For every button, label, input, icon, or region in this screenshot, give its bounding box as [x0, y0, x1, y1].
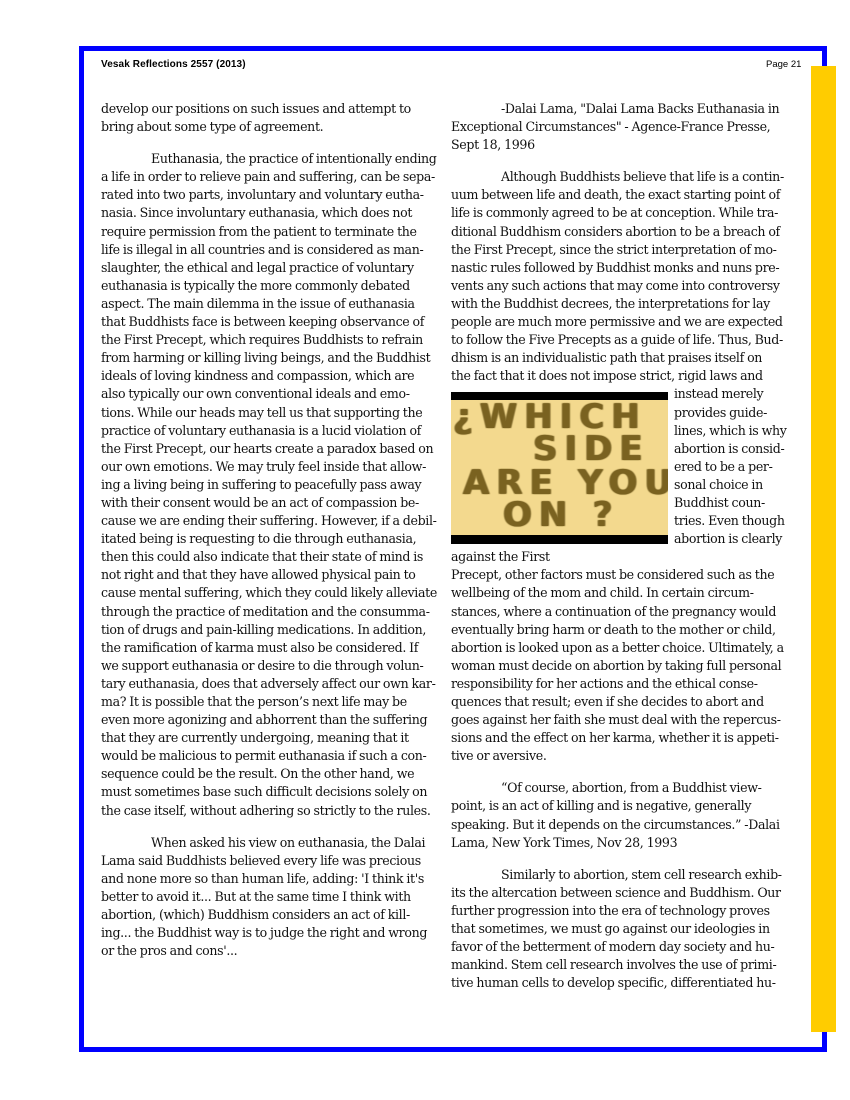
paragraph-continuation: develop our positions on such issues and… — [101, 100, 446, 136]
left-column: develop our positions on such issues and… — [101, 100, 446, 974]
dalai-lama-quote: “Of course, abortion, from a Buddhist vi… — [451, 779, 821, 851]
paragraph-abortion-top: Although Buddhists believe that life is … — [451, 168, 821, 385]
publication-title: Vesak Reflections 2557 (2013) — [101, 59, 246, 70]
right-column: -Dalai Lama, "Dalai Lama Backs Euthanasi… — [451, 100, 821, 1006]
poster-line: SIDE — [533, 432, 650, 466]
page-number: Page 21 — [766, 59, 801, 70]
citation: -Dalai Lama, "Dalai Lama Backs Euthanasi… — [451, 100, 821, 154]
paragraph-abortion-rest: Precept, other factors must be considere… — [451, 566, 821, 765]
poster-line: ON ? — [503, 498, 619, 532]
which-side-poster-image: ¿WHICH SIDE ARE YOU ON ? — [451, 392, 668, 544]
poster-background: ¿WHICH SIDE ARE YOU ON ? — [451, 400, 668, 535]
paragraph-stem-cell: Similarly to abortion, stem cell researc… — [451, 866, 821, 993]
paragraph-euthanasia: Euthanasia, the practice of intentionall… — [101, 150, 446, 819]
paragraph-dalai-lama-view: When asked his view on euthanasia, the D… — [101, 834, 446, 961]
